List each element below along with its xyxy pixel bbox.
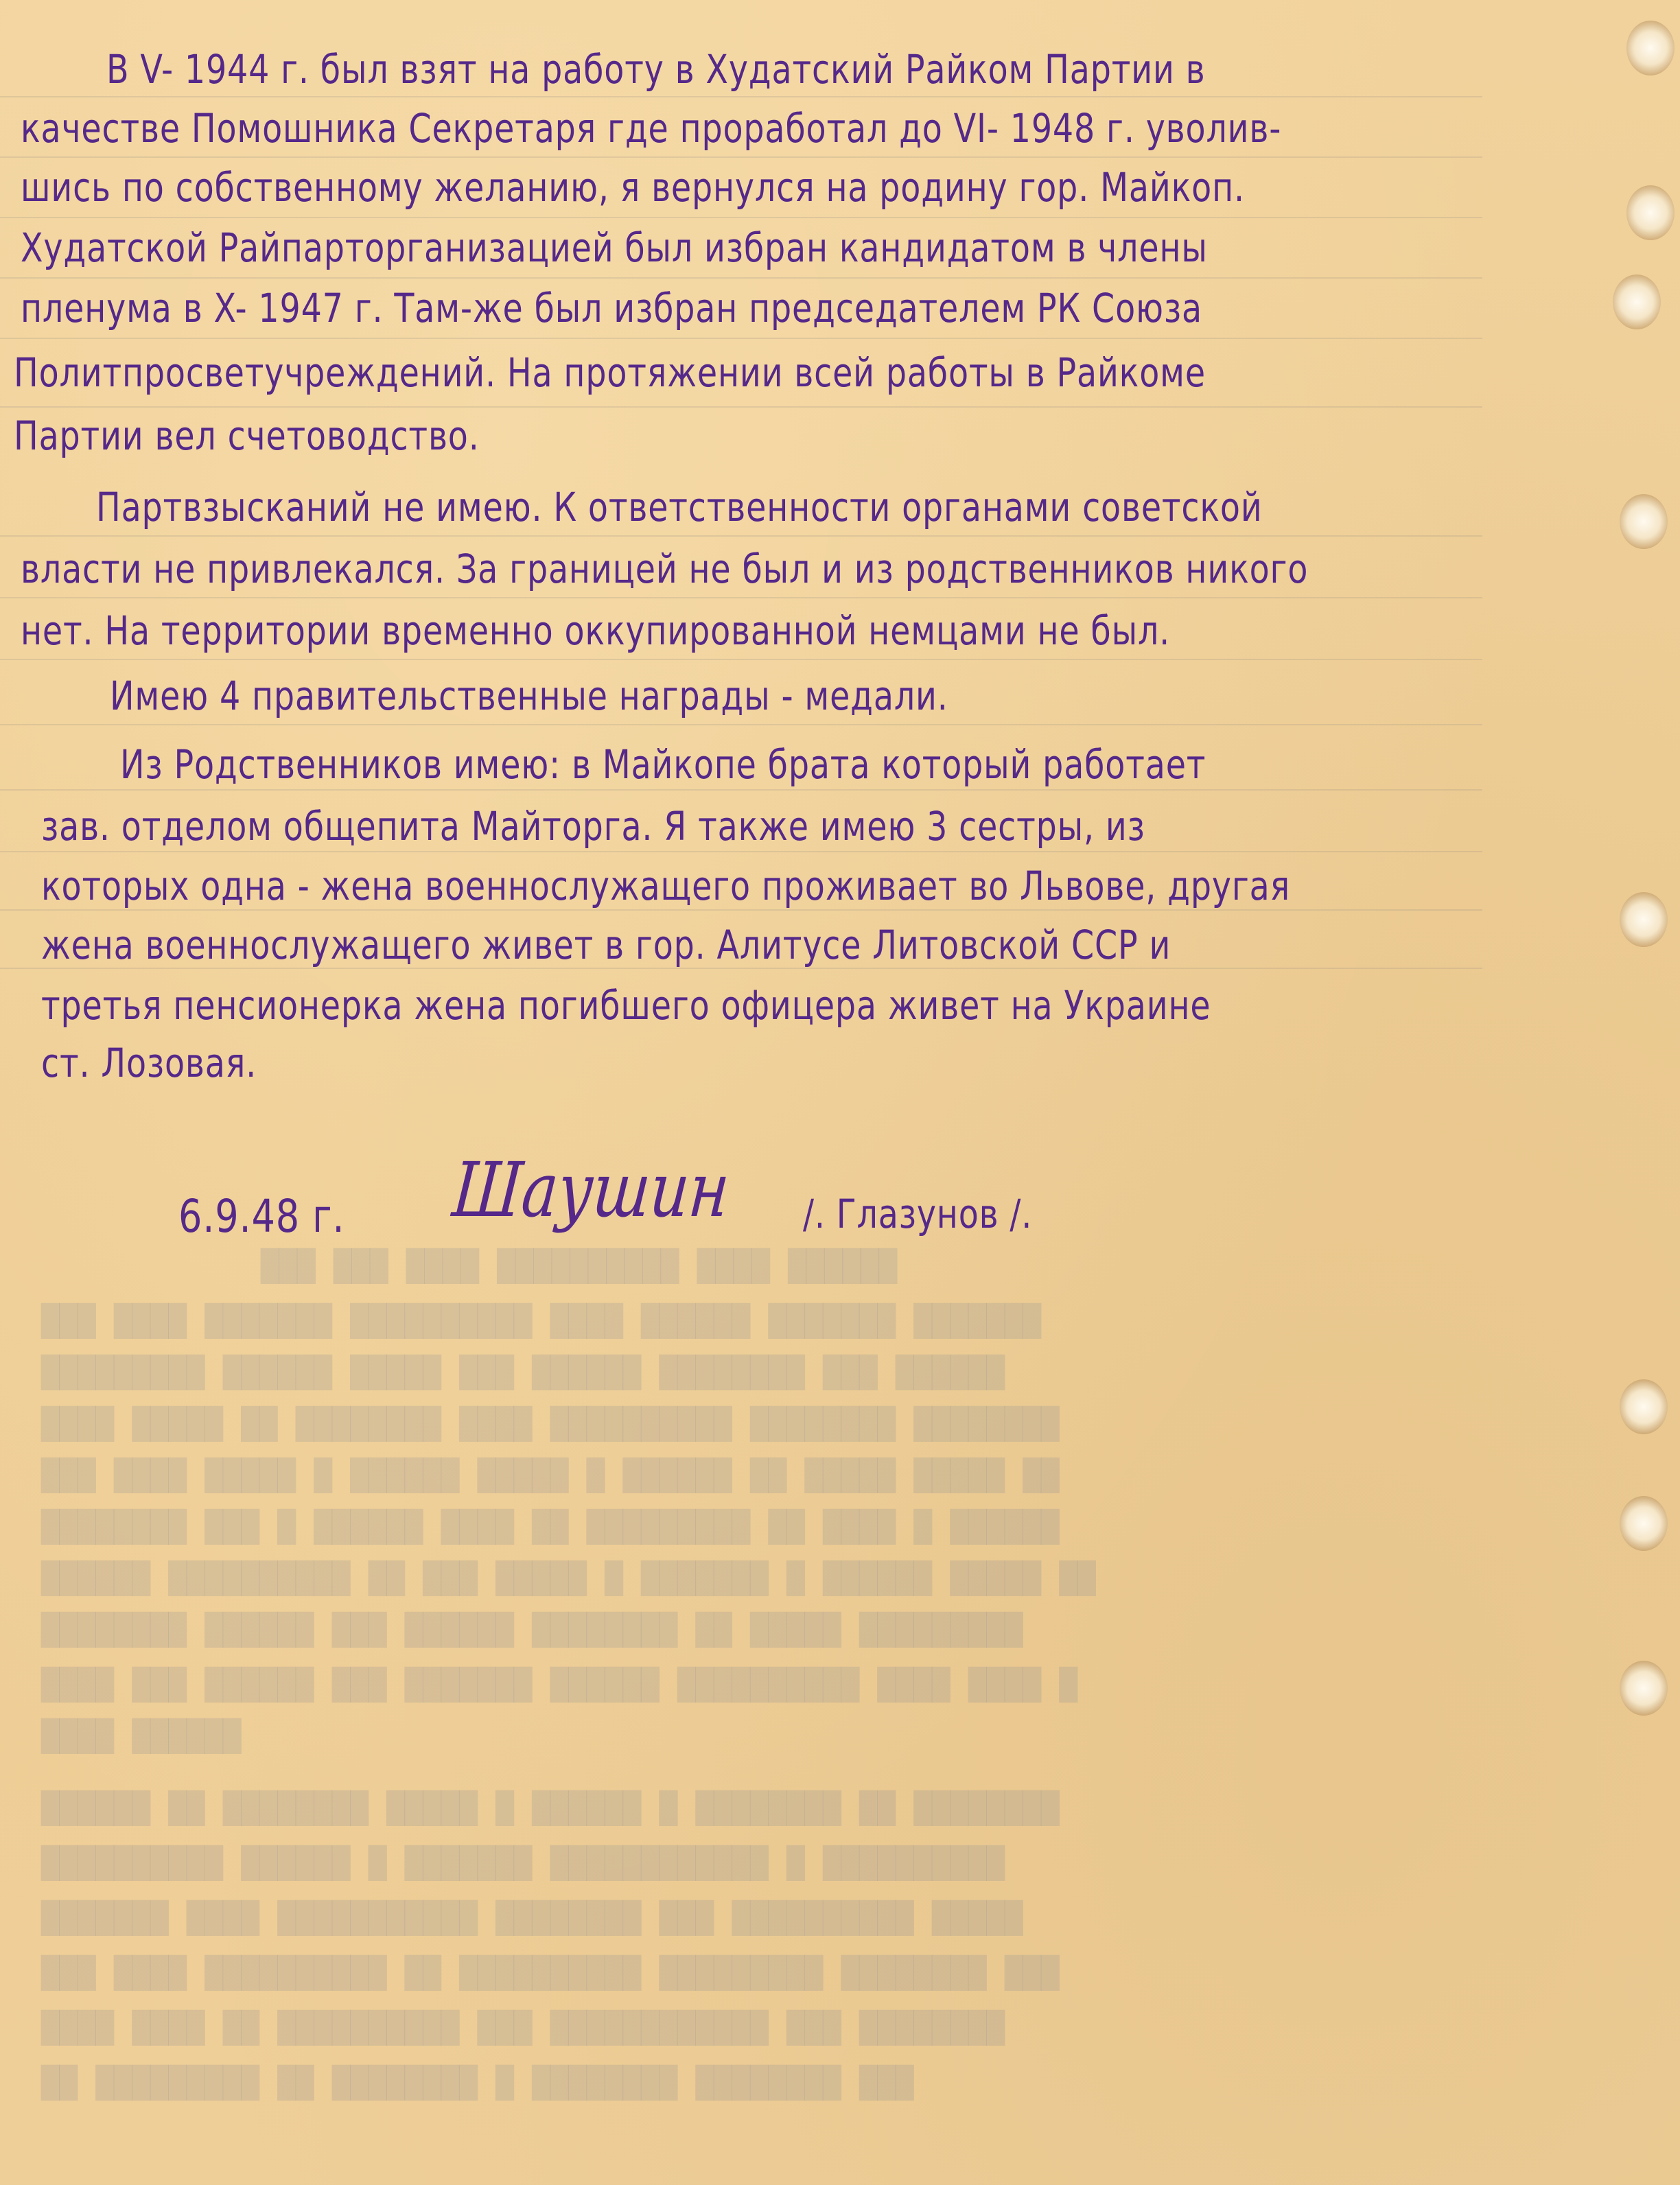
ruled-line bbox=[0, 96, 1482, 97]
binder-hole bbox=[1613, 274, 1661, 329]
text-line: Политпросветучреждений. На протяжении вс… bbox=[14, 353, 1206, 393]
ruled-line bbox=[0, 217, 1482, 218]
ruled-line bbox=[0, 851, 1482, 852]
text-line: нет. На территории временно оккупированн… bbox=[21, 611, 1170, 651]
text-line: третья пенсионерка жена погибшего офицер… bbox=[41, 985, 1211, 1025]
bleed-through-text: ████████ ████████ ██████████ ████ ██████… bbox=[41, 1407, 1059, 1442]
binder-hole bbox=[1620, 494, 1668, 549]
ruled-line bbox=[0, 277, 1482, 279]
text-line: власти не привлекался. За границей не бы… bbox=[21, 549, 1308, 589]
text-line: Имею 4 правительственные награды - медал… bbox=[110, 676, 948, 716]
binder-hole bbox=[1626, 21, 1675, 75]
bleed-through-text: ██ █████ █████ ██ ██████ █ █████ ██████ … bbox=[41, 1458, 1059, 1493]
text-line: шись по собственному желанию, я вернулся… bbox=[21, 167, 1245, 207]
text-line: Из Родственников имею: в Майкопе брата к… bbox=[120, 745, 1206, 784]
ruled-line bbox=[0, 338, 1482, 339]
date: 6.9.48 г. bbox=[178, 1194, 345, 1239]
ruled-line bbox=[0, 909, 1482, 911]
binder-hole bbox=[1620, 1661, 1668, 1716]
bleed-through-text: ██████ █ ████ ██ █████████ ██ ████ █████… bbox=[41, 1510, 1059, 1545]
ruled-line bbox=[0, 659, 1482, 660]
ruled-line bbox=[0, 406, 1482, 408]
text-line: качестве Помошника Секретаря где прорабо… bbox=[21, 108, 1281, 148]
ruled-line bbox=[0, 535, 1482, 537]
bleed-through-text: ██████ ███ ████████ ██████ ███ █████ ███… bbox=[41, 1355, 1005, 1390]
text-line: ст. Лозовая. bbox=[41, 1043, 257, 1083]
ruled-line bbox=[0, 724, 1482, 725]
bleed-through-text: ███ ████████ █████████ ██████████ ██ ███… bbox=[41, 1956, 1059, 1991]
text-line: зав. отделом общепита Майторга. Я также … bbox=[41, 806, 1145, 846]
bleed-through-text: ████████ ██ ████████ █ ██████ █ █████ ██… bbox=[41, 1791, 1059, 1826]
bleed-through-text: █████ ██████████ ███ ████████ ██████████… bbox=[41, 1901, 1023, 1936]
bleed-through-text: ███████ ███████ ██████ ████ ██████████ █… bbox=[41, 1304, 1041, 1339]
text-line: жена военнослужащего живет в гор. Алитус… bbox=[41, 925, 1171, 965]
binder-hole bbox=[1620, 892, 1668, 947]
bleed-through-text: ██████████ █ ████████████ ███████ █ ████… bbox=[41, 1846, 1005, 1881]
signature: Шаушин bbox=[450, 1146, 733, 1234]
bleed-through-text: ██████ ████ bbox=[41, 1719, 241, 1754]
bleed-through-text: ██ █████ ██████ █ ███████ █ █████ ███ ██… bbox=[41, 1561, 1095, 1596]
bleed-through-text: █ ████ ████ ██████████ ██████ ███████ ██… bbox=[41, 1668, 1077, 1703]
binder-hole bbox=[1626, 185, 1675, 240]
text-line: Партии вел счетоводство. bbox=[14, 416, 480, 456]
bleed-through-text: ███ ████████ ████████ █ ████████ ██ ████… bbox=[41, 2066, 914, 2101]
text-line: пленума в X- 1947 г. Там-же был избран п… bbox=[21, 288, 1202, 328]
document-page: ██████ ████ ██████████ ████ ███ ███ ████… bbox=[0, 0, 1680, 2185]
bleed-through-text: █████████ █████ ██ ████████ ██████ ███ █… bbox=[41, 1613, 1023, 1648]
text-line: которых одна - жена военнослужащего прож… bbox=[41, 866, 1290, 906]
bleed-through-text: ██████ ████ ██████████ ████ ███ ███ bbox=[261, 1249, 897, 1284]
text-line: В V- 1944 г. был взят на работу в Худатс… bbox=[106, 49, 1206, 89]
binder-hole bbox=[1620, 1496, 1668, 1551]
text-line: Партвзысканий не имею. К ответственности… bbox=[96, 487, 1263, 527]
ruled-line bbox=[0, 156, 1482, 158]
ruled-line bbox=[0, 597, 1482, 598]
binder-hole bbox=[1620, 1379, 1668, 1434]
text-line: Худатской Райпарторганизацией был избран… bbox=[21, 228, 1208, 268]
signer-name: /. Глазунов /. bbox=[803, 1194, 1032, 1234]
ruled-line bbox=[0, 789, 1482, 791]
bleed-through-text: ████████ ███ ████████████ ███ ██████████… bbox=[41, 2011, 1005, 2046]
